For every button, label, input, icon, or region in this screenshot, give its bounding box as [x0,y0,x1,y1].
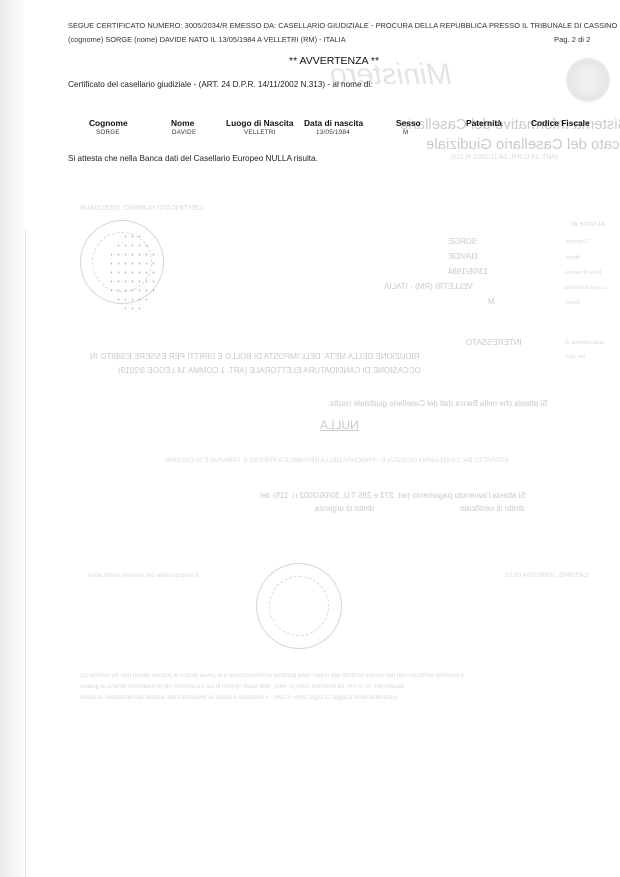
ghost-nulla: NULLA [320,418,359,432]
page-indicator: Pag. 2 di 2 [554,35,590,44]
ghost-footer2: italiano (art. 40 D.P.R. 28 dicembre 200… [80,684,404,690]
ghost-diritto-urg: diritto di urgenza [315,504,374,513]
ghost-label: Sesso [565,300,580,306]
ghost-footer3: sull'ordinamento (Legge 22 luglio 1995, … [80,695,397,701]
ghost-estratto: ESTRATTO DA: CASELLARIO GIUDIZIALE - PRO… [165,457,508,464]
ghost-title2: Certificato del Casellario Giudiziale [426,136,620,153]
scan-edge-line [25,230,26,877]
stamp-ink-dots [108,232,158,312]
col-header-luogo: Luogo di Nascita [226,118,293,128]
cell-data: 13/05/1984 [316,129,350,136]
ghost-attest-back: Si attesta che nella Banca dati del Case… [328,399,548,408]
col-header-paternita: Paternità [466,118,502,128]
ghost-al-nome: Al nome di: [570,221,605,228]
ghost-uso-line2: OCCASIONE DI CANDIDATURA ELETTORALE (ART… [118,366,421,375]
header-line-2: (cognome) SORGE (nome) DAVIDE NATO IL 13… [68,35,346,44]
ghost-label: Luogo di Nascita [565,285,606,291]
ghost-label: Data di nascita [565,270,601,276]
ghost-label: Cognome [565,239,589,245]
ghost-richiesta-label: sulla richiesta di [565,340,604,346]
ghost-label: Nome [565,255,580,261]
col-header-sesso: Sesso [396,118,421,128]
ghost-value: VELLETRI (RM) - ITALIA [384,282,473,291]
ghost-footer1: Il presente certificato non può essere p… [80,673,464,679]
ghost-title3: (ART. 24 D.P.R. 14/11/2002 N.313) [450,154,558,161]
cell-cognome: SORGE [96,129,120,136]
scan-shadow [0,0,26,877]
col-header-nome: Nome [171,118,194,128]
ghost-value: DAVIDE [448,252,477,261]
ghost-cert-number: CERTIFICATO NUMERO: 3005/2034/R [80,205,203,212]
ghost-diritto-cert: diritto di certificato [460,504,524,513]
ghost-value: 13/05/1984 [448,267,488,276]
ghost-uso-label: per uso: [565,354,585,360]
ghost-richiesta-value: INTERESSATO [466,338,522,347]
cell-luogo: VELLETRI [244,129,276,136]
ghost-value: SORGE [448,237,477,246]
ghost-uso-line1: RIDUZIONE DELLA META' DELL'IMPOSTA DI BO… [90,352,419,361]
certificate-intro: Certificato del casellario giudiziale - … [68,80,372,89]
header-line-1: SEGUE CERTIFICATO NUMERO: 3005/2034/R EM… [68,21,617,30]
col-header-codice-fiscale: Codice Fiscale [531,118,590,128]
ghost-firma: Il responsabile del servizio certificati… [88,572,199,579]
ghost-value: M [488,297,495,306]
col-header-data: Data di nascita [304,118,363,128]
ghost-luogo-data: CASSINO, 20/09/2024 09:53 [505,572,588,579]
attestation-line: Si attesta che nella Banca dati del Case… [68,154,318,163]
cell-sesso: M [403,129,408,136]
republic-emblem-icon [566,58,610,102]
cell-nome: DAVIDE [172,129,196,136]
ghost-seal-stamp-bottom [256,563,342,649]
ghost-pagamento: Si attesta l'avvenuto pagamento (art. 27… [260,491,526,500]
warning-title: ** AVVERTENZA ** [289,55,379,67]
col-header-cognome: Cognome [89,118,128,128]
